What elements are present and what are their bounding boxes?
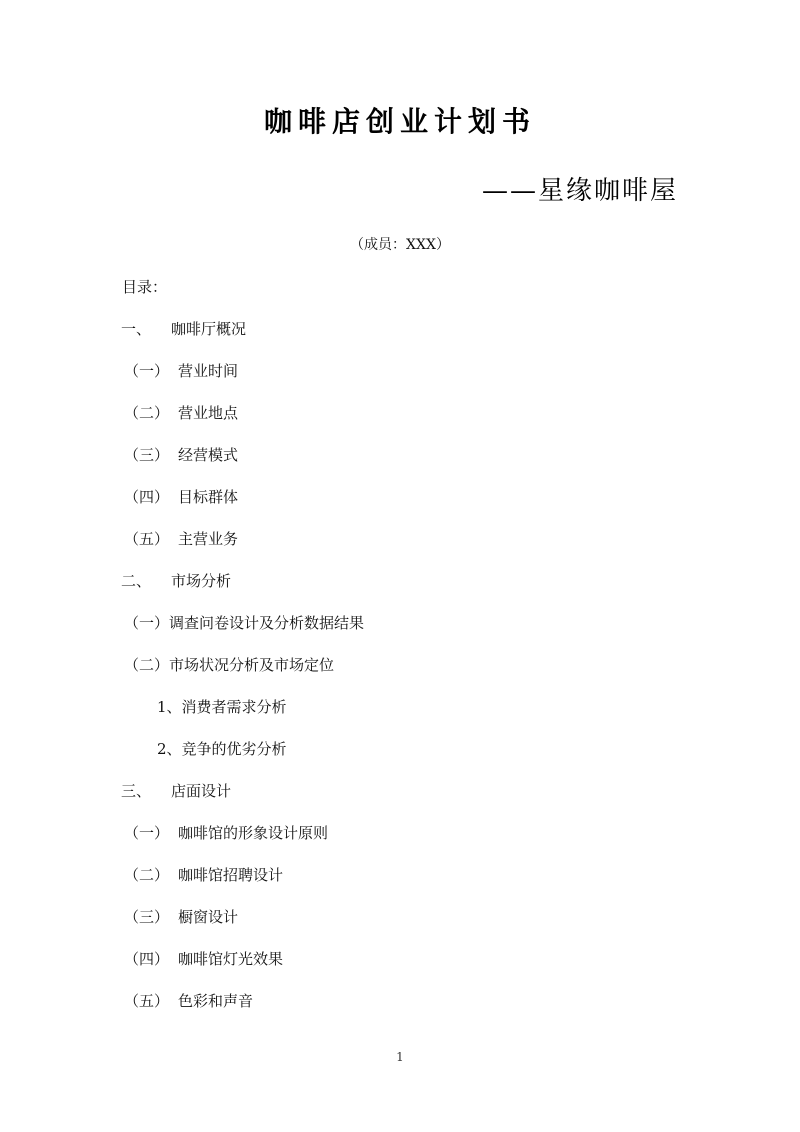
- toc-item-label: 营业地点: [178, 404, 238, 422]
- toc-item: （五）色彩和声音: [124, 990, 253, 1011]
- toc-item-number: （五）: [124, 990, 178, 1011]
- toc-item: 三、店面设计: [121, 780, 231, 801]
- toc-item: 二、市场分析: [121, 570, 231, 591]
- toc-item-number: （四）: [124, 948, 178, 969]
- toc-item-label: 消费者需求分析: [182, 698, 287, 716]
- toc-item: （二）咖啡馆招聘设计: [124, 864, 283, 885]
- toc-item-label: 市场分析: [171, 572, 231, 590]
- toc-item-label: 经营模式: [178, 446, 238, 464]
- toc-item-number: 三、: [121, 780, 171, 801]
- toc-item-number: 2、: [157, 738, 182, 759]
- document-title: 咖啡店创业计划书: [0, 100, 800, 140]
- toc-item-label: 咖啡厅概况: [171, 320, 246, 338]
- toc-item-number: （二）: [124, 864, 178, 885]
- toc-item: 一、咖啡厅概况: [121, 318, 246, 339]
- toc-item-number: 二、: [121, 570, 171, 591]
- toc-item: （四）目标群体: [124, 486, 238, 507]
- toc-item-number: 一、: [121, 318, 171, 339]
- members-line: （成员：XXX）: [0, 234, 800, 254]
- toc-item-number: （五）: [124, 528, 178, 549]
- toc-item-label: 咖啡馆招聘设计: [178, 866, 283, 884]
- toc-item-number: （一）: [124, 612, 169, 633]
- toc-item: 1、消费者需求分析: [157, 696, 287, 717]
- toc-item: （三）橱窗设计: [124, 906, 238, 927]
- toc-item-number: （四）: [124, 486, 178, 507]
- toc-item-number: （一）: [124, 822, 178, 843]
- toc-item-label: 调查问卷设计及分析数据结果: [169, 614, 364, 632]
- toc-item: （五）主营业务: [124, 528, 238, 549]
- toc-item: （二）营业地点: [124, 402, 238, 423]
- toc-item-number: （三）: [124, 906, 178, 927]
- toc-item-label: 咖啡馆灯光效果: [178, 950, 283, 968]
- toc-item-number: （三）: [124, 444, 178, 465]
- toc-item-label: 市场状况分析及市场定位: [169, 656, 334, 674]
- toc-item-label: 咖啡馆的形象设计原则: [178, 824, 328, 842]
- toc-item: （一）调查问卷设计及分析数据结果: [124, 612, 364, 633]
- toc-item: （一）咖啡馆的形象设计原则: [124, 822, 328, 843]
- toc-item: （二）市场状况分析及市场定位: [124, 654, 334, 675]
- toc-item: （一）营业时间: [124, 360, 238, 381]
- toc-item: （四）咖啡馆灯光效果: [124, 948, 283, 969]
- toc-item-label: 店面设计: [171, 782, 231, 800]
- toc-item-number: （一）: [124, 360, 178, 381]
- page-number: 1: [0, 1050, 800, 1064]
- document-subtitle: ——星缘咖啡屋: [482, 170, 678, 207]
- toc-item-label: 主营业务: [178, 530, 238, 548]
- toc-item: （三）经营模式: [124, 444, 238, 465]
- toc-item-number: （二）: [124, 402, 178, 423]
- toc-item-label: 营业时间: [178, 362, 238, 380]
- toc-heading: 目录：: [122, 276, 167, 297]
- toc-item-label: 竞争的优劣分析: [182, 740, 287, 758]
- toc-item-number: （二）: [124, 654, 169, 675]
- toc-item-label: 目标群体: [178, 488, 238, 506]
- document-page: 咖啡店创业计划书 ——星缘咖啡屋 （成员：XXX） 目录： 一、咖啡厅概况 （一…: [0, 0, 800, 1132]
- toc-item-number: 1、: [157, 696, 182, 717]
- toc-item-label: 橱窗设计: [178, 908, 238, 926]
- toc-item-label: 色彩和声音: [178, 992, 253, 1010]
- toc-item: 2、竞争的优劣分析: [157, 738, 287, 759]
